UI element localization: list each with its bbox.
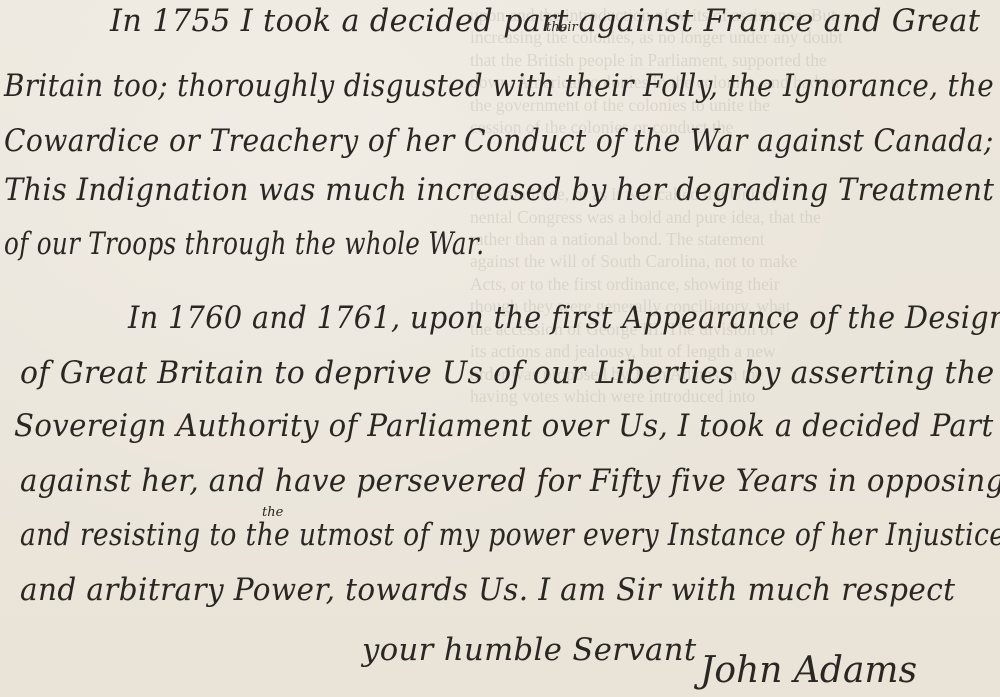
letter-line-8: Sovereign Authority of Parliament over U… [14, 408, 994, 444]
letter-line-3: Cowardice or Treachery of her Conduct of… [4, 123, 994, 159]
letter-line-5: of our Troops through the whole War. [4, 226, 484, 262]
letter-line-9: against her, and have persevered for Fif… [20, 463, 1000, 499]
letter-line-2: Britain too; thoroughly disgusted with t… [4, 68, 994, 104]
document-page: upon and the introduction of writs of as… [0, 0, 1000, 697]
insertion-their: their [546, 20, 578, 35]
letter-line-11: and arbitrary Power, towards Us. I am Si… [20, 572, 955, 608]
signature: John Adams [700, 650, 917, 691]
letter-line-6: In 1760 and 1761, upon the first Appeara… [128, 300, 1000, 336]
letter-line-10: and resisting to the utmost of my power … [20, 517, 1000, 553]
letter-line-7: of Great Britain to deprive Us of our Li… [20, 355, 995, 391]
letter-line-4: This Indignation was much increased by h… [4, 172, 994, 208]
closing-line: your humble Servant [362, 632, 697, 668]
